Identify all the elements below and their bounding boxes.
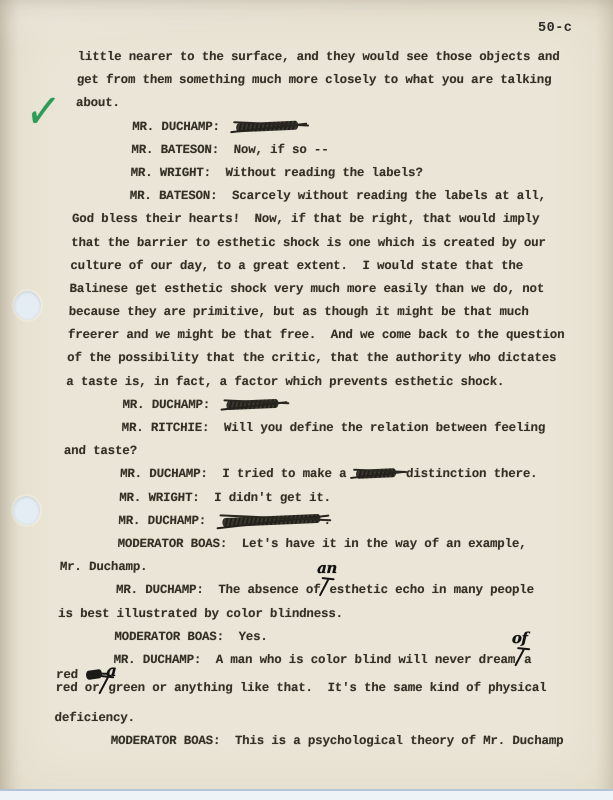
typed-text: MR. DUCHAMP: (122, 398, 225, 412)
transcript-line: get from them something much more closel… (76, 69, 602, 92)
typed-text: Mr. Duchamp. (60, 560, 148, 574)
typed-text: MR. RITCHIE: Will you define the relatio… (121, 421, 545, 435)
hole-punch-bottom (13, 496, 40, 525)
typed-text: green or anything like that. It's the sa… (108, 681, 547, 695)
typed-text: MR. DUCHAMP: (118, 514, 221, 528)
typed-text: because they are primitive, but as thoug… (68, 305, 528, 319)
transcript-line: MR. DUCHAMP: . (61, 510, 587, 533)
transcript-line: MODERATOR BOAS: Let's have it in the way… (60, 533, 586, 556)
transcript-line: MR. BATESON: Now, if so -- (74, 139, 600, 162)
page-number: 50-c (538, 21, 572, 36)
transcript-line: MODERATOR BOAS: This is a psychological … (53, 730, 579, 753)
handwritten-word: of (511, 627, 527, 650)
transcript-line: MODERATOR BOAS: Yes. (57, 626, 583, 649)
transcript-line: MR. DUCHAMP: (65, 394, 591, 417)
typed-text: a (524, 653, 532, 667)
transcript-line: MR. DUCHAMP: I tried to make a distincti… (63, 463, 589, 486)
transcript-line: of the possibility that the critic, that… (67, 347, 593, 370)
typed-text: MR. BATESON: Scarcely without reading th… (130, 189, 547, 203)
handwritten-insertion: an (320, 579, 329, 593)
typed-text: MR. WRIGHT: Without reading the labels? (130, 166, 423, 180)
scribble-strikeout (223, 514, 321, 527)
transcript-line: God bless their hearts! Now, if that be … (72, 208, 598, 231)
typed-text: deficiency. (54, 711, 135, 725)
transcript-line: MR. DUCHAMP: A man who is color blind wi… (56, 649, 582, 672)
transcript-line: MR. RITCHIE: Will you define the relatio… (64, 417, 590, 440)
transcript-line: Balinese get esthetic shock very much mo… (69, 278, 595, 301)
typed-text: MR. BATESON: Now, if so -- (131, 143, 329, 157)
typed-text: red or (55, 681, 99, 695)
typed-text: MR. DUCHAMP: I tried to make a (120, 467, 354, 481)
typed-text: God bless their hearts! Now, if that be … (72, 212, 540, 226)
typed-text: esthetic echo in many people (329, 583, 534, 597)
transcript-line: deficiency. (54, 707, 580, 730)
typed-text: little nearer to the surface, and they w… (77, 50, 559, 64)
typed-text: about. (76, 96, 120, 110)
scribble-strikeout (236, 120, 298, 132)
transcript-line: culture of our day, to a great extent. I… (70, 255, 596, 278)
transcript-line: is best illustrated by color blindness. (58, 603, 584, 626)
handwritten-insertion (99, 677, 108, 691)
transcript-line: about. (76, 92, 602, 115)
transcript-line: and taste? (63, 440, 589, 463)
handwritten-insertion: of (515, 649, 524, 663)
transcript-line: MR. DUCHAMP: (75, 116, 601, 139)
typed-text: MR. DUCHAMP: The absence of (116, 583, 321, 597)
transcript-line: MR. WRIGHT: Without reading the labels? (73, 162, 599, 185)
typed-text: culture of our day, to a great extent. I… (70, 259, 523, 273)
typed-text: that the barrier to esthetic shock is on… (71, 236, 546, 250)
scribble-strikeout (227, 399, 279, 410)
typed-text: a taste is, in fact, a factor which prev… (66, 375, 505, 389)
transcript-line: freerer and we might be that free. And w… (67, 324, 593, 347)
scan-bottom-edge (0, 789, 613, 800)
scanned-transcript-page: 50-c ✓ little nearer to the surface, and… (0, 0, 613, 800)
typed-text: MODERATOR BOAS: Yes. (114, 630, 268, 644)
typed-text: MODERATOR BOAS: Let's have it in the way… (117, 537, 526, 551)
transcript-line: because they are primitive, but as thoug… (68, 301, 594, 324)
green-checkmark-annotation: ✓ (23, 79, 64, 143)
transcript-line: little nearer to the surface, and they w… (77, 46, 603, 69)
typed-text: MODERATOR BOAS: This is a psychological … (110, 734, 563, 748)
typed-text: Balinese get esthetic shock very much mo… (69, 282, 544, 296)
scribble-strikeout (356, 469, 396, 480)
typed-text: is best illustrated by color blindness. (58, 607, 343, 621)
transcript-body: little nearer to the surface, and they w… (53, 46, 603, 753)
typed-text: MR. DUCHAMP: (132, 120, 235, 134)
transcript-line: MR. DUCHAMP: The absence ofanesthetic ec… (59, 579, 585, 602)
transcript-line: MR. BATESON: Scarcely without reading th… (72, 185, 598, 208)
transcript-line: that the barrier to esthetic shock is on… (71, 232, 597, 255)
transcript-line: red orgreen or anything like that. It's … (55, 677, 581, 700)
transcript-line: MR. WRIGHT: I didn't get it. (62, 487, 588, 510)
hole-punch-top (14, 291, 41, 320)
typed-text: of the possibility that the critic, that… (67, 351, 557, 365)
typed-text: distinction there. (398, 467, 537, 481)
handwritten-word: an (317, 557, 337, 580)
typed-text: MR. DUCHAMP: A man who is color blind wi… (113, 653, 515, 667)
typed-text: and taste? (64, 444, 138, 458)
typed-text: MR. WRIGHT: I didn't get it. (119, 491, 331, 505)
typed-text: get from them something much more closel… (77, 73, 552, 87)
transcript-line: a taste is, in fact, a factor which prev… (66, 371, 592, 394)
typed-text: freerer and we might be that free. And w… (68, 328, 565, 342)
